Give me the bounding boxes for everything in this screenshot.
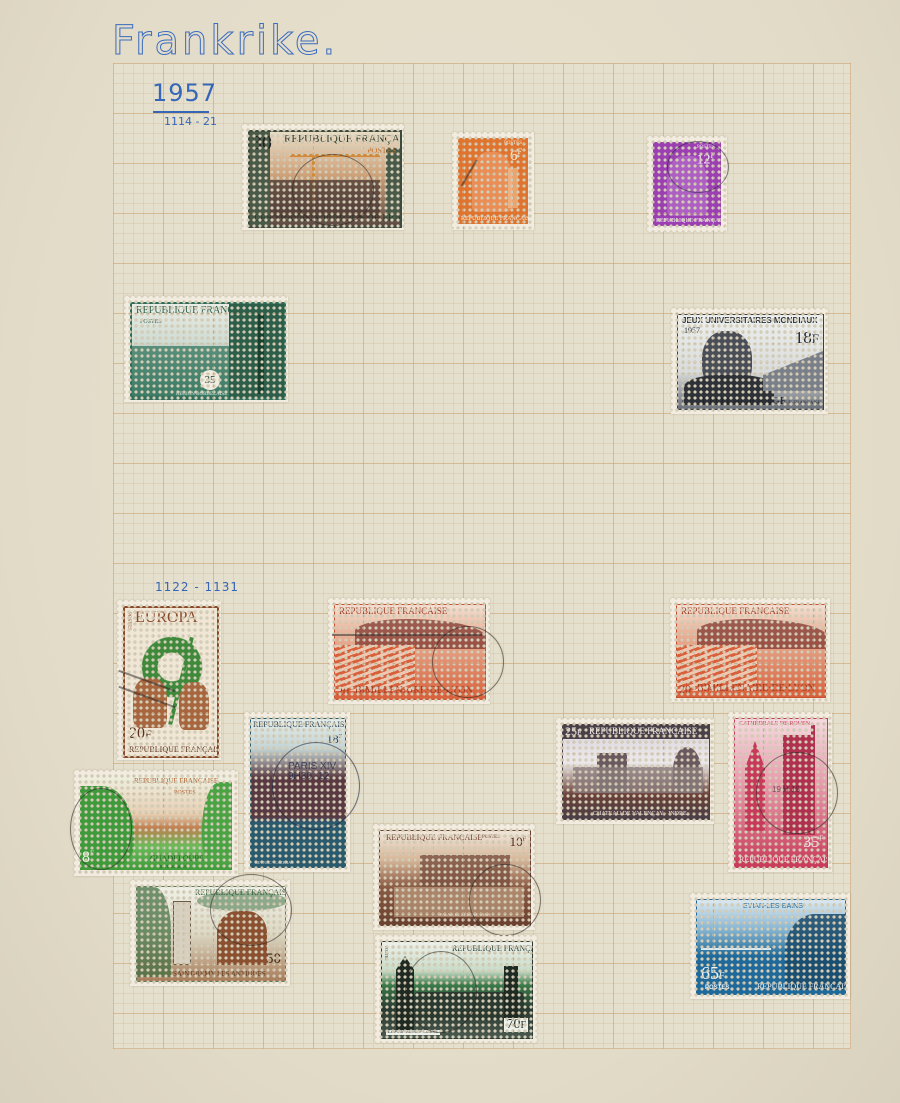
stamp-guadeloupe[interactable]: REPUBLIQUE FRANÇAISE POSTES 8F GUADELOUP…	[74, 770, 238, 876]
postmark	[405, 951, 477, 1033]
stamp-legend: CHATEAU DE VALENÇAY · INDRE	[593, 811, 687, 817]
stamp-country: REPUBLIQUE FRANÇAISE	[757, 983, 846, 991]
album-page: Frankrike. 1957 1114 - 21 1122 - 1131 30…	[0, 0, 900, 1103]
stamp-postes: POSTES	[682, 401, 700, 406]
stamp-legend: CATHÉDRALE DE ROUEN	[739, 721, 810, 727]
stamp-leo-lagrange[interactable]: JEUX UNIVERSITAIRES MONDIAUX 1957 18F PO…	[671, 308, 828, 414]
stamp-legend: SAINT-REMY LES ANTIQUES	[173, 971, 266, 978]
stamp-saint-remy[interactable]: REPUBLIQUE FRANÇAISE 50 SAINT-REMY LES A…	[130, 880, 290, 986]
stamp-denomination: 50	[266, 952, 281, 967]
page-title: Frankrike.	[112, 18, 338, 64]
stamp-denomination: 35F	[803, 835, 823, 851]
postmark-text: 19 H 15	[772, 786, 800, 794]
stamp-postes: POSTES	[384, 946, 388, 960]
stamp-denomination: 25F	[565, 725, 581, 737]
stamp-beynac-cazenac[interactable]: REPUBLIQUE FRANÇAISE 18F BEYNAC · CAZENA…	[244, 712, 350, 872]
stamp-postes: POSTES	[367, 147, 396, 155]
postmark	[292, 154, 374, 226]
postmark	[210, 874, 292, 946]
stamp-lyon-2[interactable]: REPUBLIQUE FRANÇAISE 20 BIMILLENAIRE·DE·…	[670, 598, 830, 702]
stamp-country: REPUBLIQUE FRANÇAISE	[656, 218, 721, 224]
stamp-country: REPUBLIQUE FRANÇAISE	[739, 856, 828, 864]
stamp-postes: POSTES	[140, 319, 162, 325]
stamp-denomination: 18F	[795, 329, 819, 346]
stamp-country: REPUBLIQUE FRANÇAISE	[386, 834, 482, 842]
stamp-country: REPUBLIQUE FRANÇAISE	[134, 778, 218, 785]
stamp-event: JEUX UNIVERSITAIRES MONDIAUX	[682, 317, 817, 325]
stamp-denomination: 20F	[129, 726, 152, 742]
postmark	[272, 742, 360, 830]
year-underline	[153, 111, 209, 113]
stamp-country: REPUBLIQUE FRANÇAISE	[284, 134, 402, 145]
stamp-legend: EVIAN-LES-BAINS	[743, 903, 803, 910]
stamp-denomination: 20	[337, 685, 349, 697]
stamp-postes: POSTES	[126, 612, 131, 630]
stamp-denomination: 70F	[504, 1018, 528, 1032]
stamp-valencay[interactable]: 25F REPUBLIQUE FRANÇAISE CHATEAU DE VALE…	[556, 718, 714, 824]
postmark	[432, 626, 504, 698]
stamp-legend: REGION BORDELAISE	[176, 392, 227, 397]
stamp-elysee[interactable]: REPUBLIQUE FRANÇAISE POSTES 10F PALAIS D…	[373, 824, 535, 930]
stamp-europa[interactable]: EUROPA POSTES 20F REPUBLIQUE FRANÇAISE	[117, 600, 221, 760]
stamp-denomination: 65F	[701, 964, 725, 982]
catalog-range-2: 1122 - 1131	[155, 580, 239, 594]
stamp-country: REPUBLIQUE FRANÇAISE	[136, 306, 256, 316]
stamp-travaux-publics[interactable]: 30 REPUBLIQUE FRANÇAISE POSTES LES TRAVA…	[242, 124, 404, 230]
stamp-country: REPUBLIQUE FRANÇAISE	[461, 216, 528, 222]
stamp-postes: POSTES	[174, 790, 196, 796]
postmark	[469, 864, 541, 936]
stamp-country: REPUBLIQUE FRANÇAISE	[253, 721, 346, 729]
stamp-denomination: 10F	[510, 835, 526, 848]
catalog-range-1: 1114 - 21	[164, 115, 217, 128]
stamp-legend: BIMILLENAIRE·DE·LYON	[697, 684, 815, 694]
stamp-sublegend: RIVIÈRE SENS	[160, 865, 187, 869]
stamp-moissonneuse-12f[interactable]: POSTES 12F REPUBLIQUE FRANÇAISE	[647, 136, 727, 232]
postmark	[70, 788, 132, 870]
stamp-evian-les-bains[interactable]: EVIAN-LES-BAINS 65F POSTES REPUBLIQUE FR…	[690, 893, 850, 999]
stamp-legend: GUADELOUPE	[150, 855, 204, 863]
stamp-postes: POSTES	[482, 835, 500, 840]
stamp-country: REPUBLIQUE FRANÇAISE	[339, 607, 447, 616]
stamp-denomination: 30	[252, 133, 272, 153]
stamp-lyon-1[interactable]: REPUBLIQUE FRANÇAISE 20 BIMILLENAIRE·DE·…	[328, 598, 490, 704]
stamp-denomination: 35	[200, 370, 220, 390]
stamp-pont-valentre[interactable]: REPUBLIQUE FRANÇAISE POSTES 70F Le Pont …	[375, 935, 537, 1043]
stamp-year: 1957	[684, 327, 700, 335]
stamp-legend: EUROPA	[135, 610, 198, 626]
year-label: 1957	[152, 79, 217, 107]
stamp-denomination: 20	[679, 683, 691, 695]
stamp-country: REPUBLIQUE FRANÇAISE	[452, 945, 533, 953]
stamp-country: RÉPUBLIQUE FRANÇAISE	[761, 401, 821, 406]
stamp-country: REPUBLIQUE FRANÇAISE	[681, 607, 789, 616]
postmark-line	[332, 634, 482, 636]
postmark	[667, 141, 729, 193]
stamp-region-bordelaise[interactable]: REPUBLIQUE FRANÇAISE POSTES 35 REGION BO…	[124, 296, 288, 402]
postmark-text: PARIS XIV 9H30 -12	[288, 762, 348, 782]
stamp-country: REPUBLIQUE FRANÇAISE	[589, 727, 697, 736]
stamp-postes: POSTES	[705, 985, 729, 991]
stamp-denomination: 6F	[510, 148, 522, 164]
stamp-legend: BEYNAC · CAZENAC	[255, 861, 294, 865]
stamp-country: REPUBLIQUE FRANÇAISE	[129, 746, 219, 754]
stamp-moissonneuse-6f[interactable]: POSTES 6F REPUBLIQUE FRANÇAISE	[452, 132, 534, 230]
stamp-postes: POSTES	[504, 141, 522, 146]
stamp-rouen-cathedrale[interactable]: CATHÉDRALE DE ROUEN 35F REPUBLIQUE FRANÇ…	[728, 712, 832, 872]
